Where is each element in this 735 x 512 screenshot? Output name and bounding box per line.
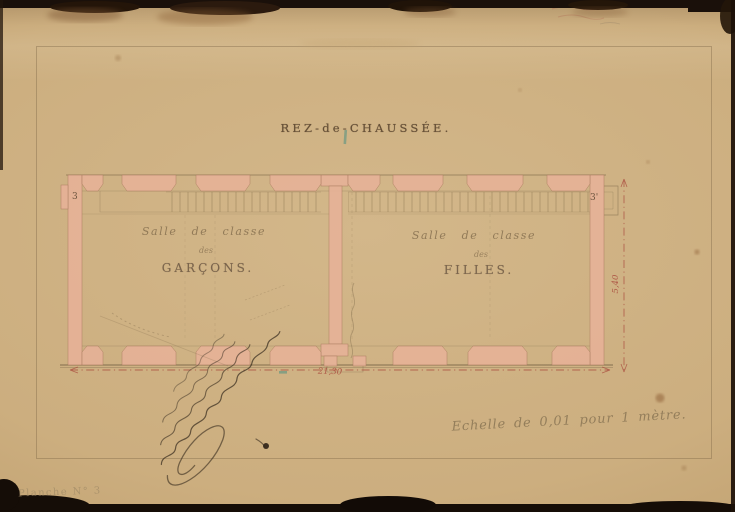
- plan-title: REZ-de-CHAUSSÉE.: [280, 121, 451, 135]
- room-left-name: GARÇONS.: [162, 261, 254, 275]
- room-right-label-line1: Salle de classe: [412, 229, 536, 242]
- dimension-width-value: 21,30: [318, 367, 343, 378]
- dimension-height-value: 5,40: [611, 275, 621, 294]
- section-marker-left: 3: [72, 192, 78, 202]
- scan-edges: [0, 0, 735, 512]
- border-frame: [37, 47, 712, 459]
- section-marker-right: 3': [590, 193, 598, 203]
- room-right-label-line2: des: [474, 250, 488, 259]
- plan-drawing-graphics: [0, 0, 735, 512]
- gallery-hatching: [166, 192, 590, 212]
- room-left-label-line1: Salle de classe: [142, 225, 266, 238]
- room-right-name: FILLES.: [444, 263, 514, 277]
- scanned-floor-plan-sheet: REZ-de-CHAUSSÉE. Salle de classe des GAR…: [0, 0, 735, 512]
- room-left-label-line2: des: [199, 246, 213, 255]
- ink-annotations: [124, 304, 308, 493]
